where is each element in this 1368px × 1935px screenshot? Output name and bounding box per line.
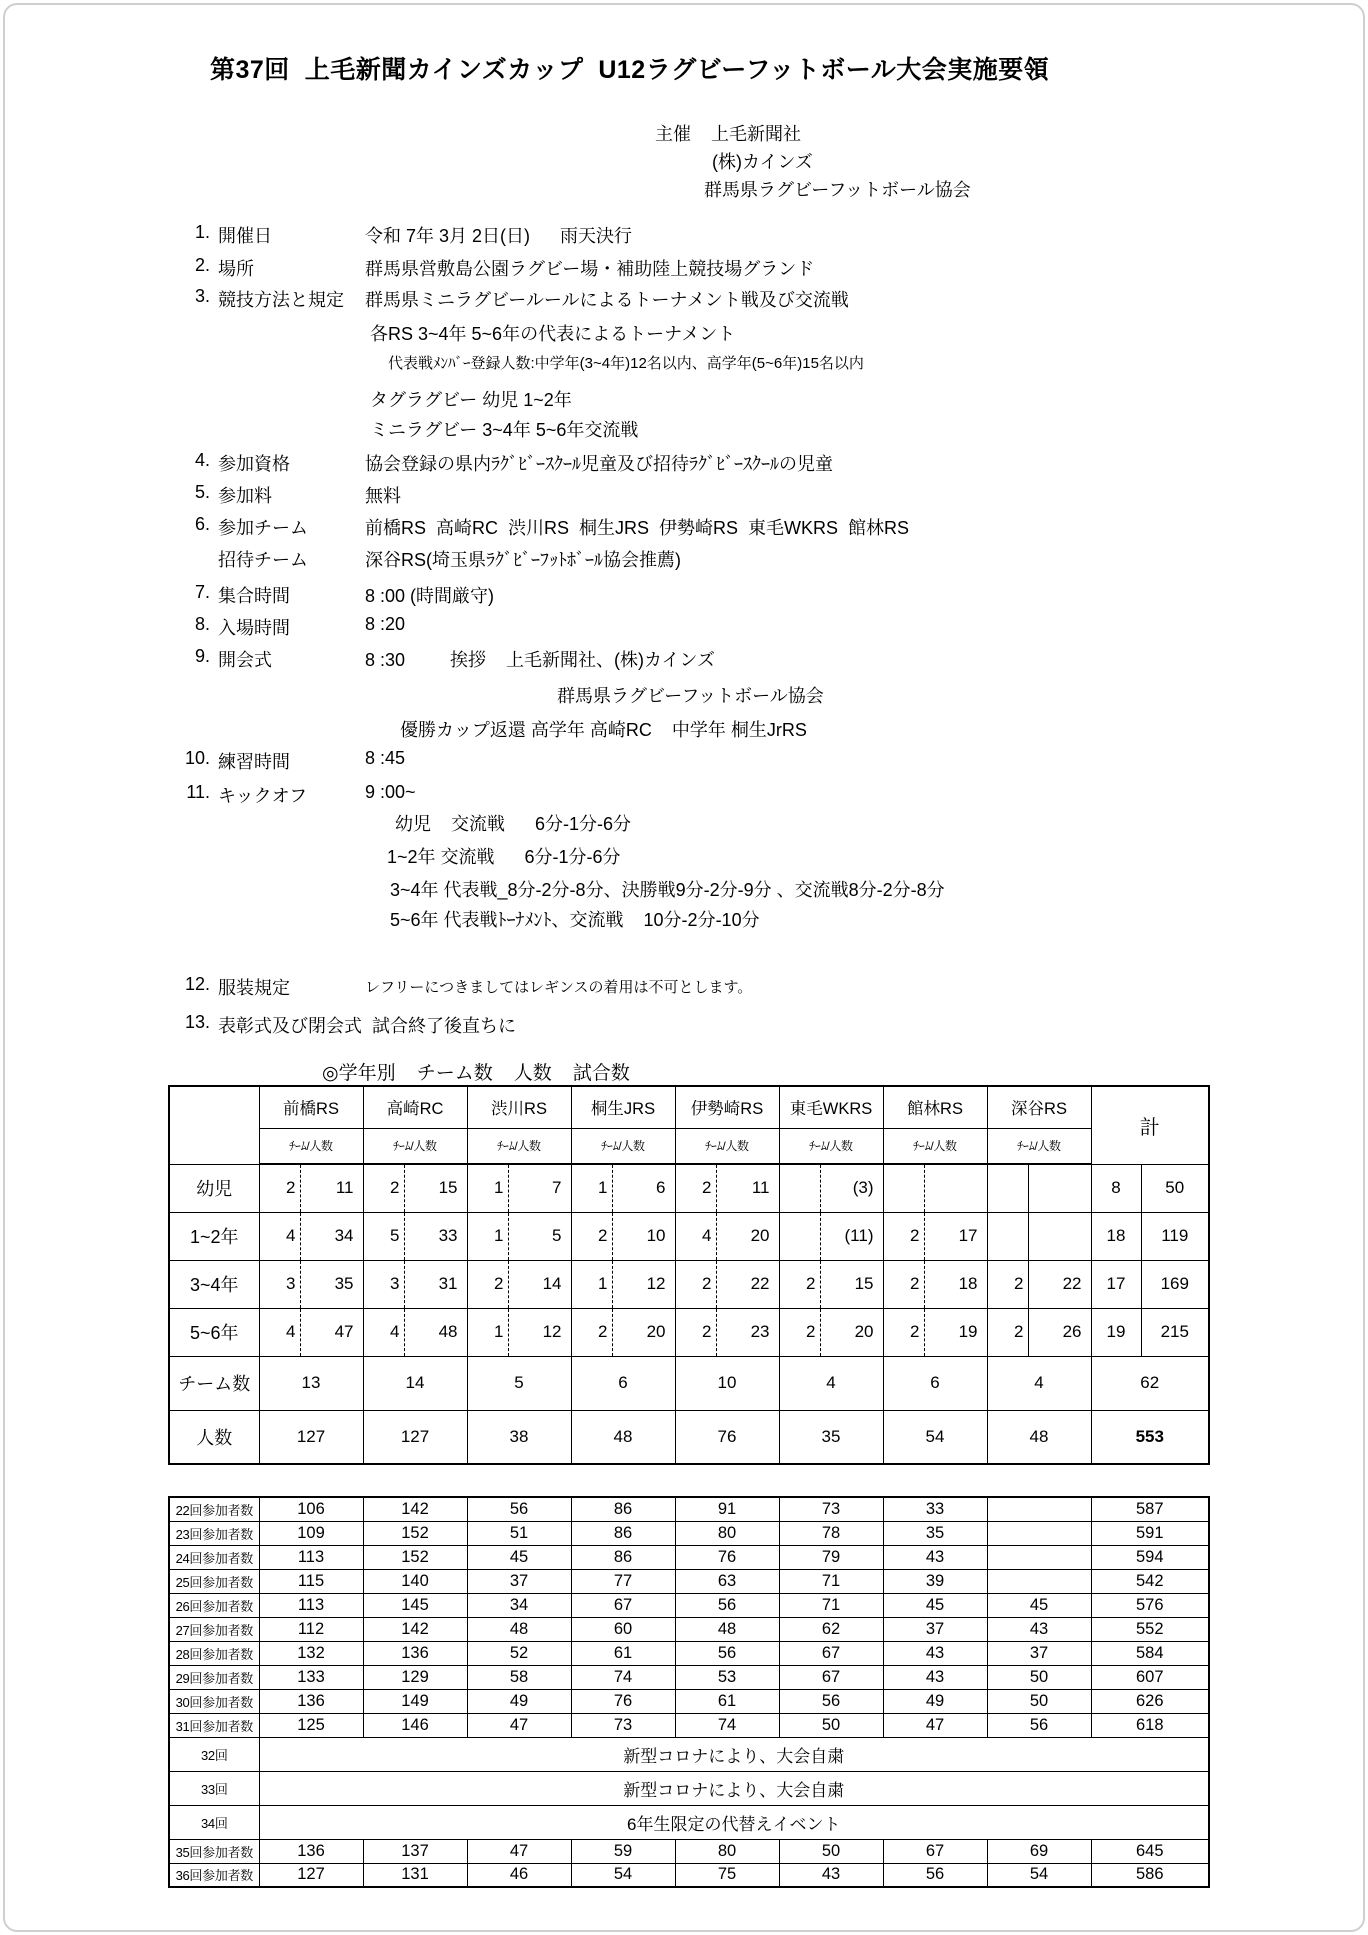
player-count-cell: 20 [820, 1308, 883, 1356]
item-label: 参加料 [218, 482, 272, 508]
count-cell: 80 [675, 1521, 779, 1545]
people-total-cell: 76 [675, 1410, 779, 1464]
count-cell: 69 [987, 1839, 1091, 1863]
row-label: 5~6年 [169, 1308, 259, 1356]
doc-line: 12.服装規定レフリーにつきましてはレギンスの着用は不可とします。 [0, 974, 1368, 998]
doc-line: 11.キックオフ9 :00~ [0, 782, 1368, 806]
team-count-cell: 2 [779, 1308, 820, 1356]
item-value: 無料 [365, 482, 401, 508]
row-total-teams: 8 [1091, 1164, 1141, 1212]
grade-table-caption: ◎学年別 チーム数 人数 試合数 [322, 1058, 630, 1085]
item-value: 8 :20 [365, 614, 405, 635]
team-count-cell: 2 [259, 1164, 300, 1212]
count-cell: 50 [987, 1689, 1091, 1713]
club-header: 前橋RS [259, 1086, 363, 1128]
total-header: 計 [1091, 1086, 1209, 1164]
count-cell: 63 [675, 1569, 779, 1593]
count-cell: 54 [571, 1863, 675, 1887]
team-total-cell: 4 [987, 1356, 1091, 1410]
count-cell: 56 [987, 1713, 1091, 1737]
count-cell: 79 [779, 1545, 883, 1569]
item-number: 4. [160, 450, 210, 471]
team-total-cell: 4 [779, 1356, 883, 1410]
item-number: 6. [160, 514, 210, 535]
player-count-cell: 10 [612, 1212, 675, 1260]
team-count-cell: 1 [571, 1164, 612, 1212]
count-cell: 129 [363, 1665, 467, 1689]
doc-line: 5~6年 代表戦ﾄｰﾅﾒﾝﾄ、交流戦 10分-2分-10分 [0, 906, 1368, 930]
count-cell [987, 1497, 1091, 1521]
team-count-cell: 3 [259, 1260, 300, 1308]
count-cell: 86 [571, 1521, 675, 1545]
player-count-cell: (11) [820, 1212, 883, 1260]
club-header: 伊勢崎RS [675, 1086, 779, 1128]
item-label: 競技方法と規定 [218, 286, 344, 312]
player-count-cell: 23 [716, 1308, 779, 1356]
count-cell: 115 [259, 1569, 363, 1593]
count-cell: 49 [883, 1689, 987, 1713]
doc-line: 3.競技方法と規定群馬県ミニラグビールールによるトーナメント戦及び交流戦 [0, 286, 1368, 310]
count-cell: 73 [779, 1497, 883, 1521]
count-cell: 49 [467, 1689, 571, 1713]
item-label: 開会式 [218, 646, 272, 672]
row-label: 24回参加者数 [169, 1545, 259, 1569]
player-count-cell: 47 [300, 1308, 363, 1356]
doc-line: 各RS 3~4年 5~6年の代表によるトーナメント [0, 320, 1368, 344]
organizer-line: 主催上毛新聞社 [655, 120, 801, 146]
count-cell: 37 [883, 1617, 987, 1641]
count-cell: 67 [779, 1641, 883, 1665]
item-value: 各RS 3~4年 5~6年の代表によるトーナメント [370, 320, 735, 346]
item-number: 5. [160, 482, 210, 503]
count-cell [987, 1521, 1091, 1545]
doc-line: 10.練習時間8 :45 [0, 748, 1368, 772]
team-count-cell [883, 1164, 924, 1212]
row-label: 30回参加者数 [169, 1689, 259, 1713]
count-cell: 109 [259, 1521, 363, 1545]
player-count-cell [1028, 1164, 1091, 1212]
team-count-cell [987, 1212, 1028, 1260]
subheader-cell: ﾁｰﾑ/人数 [987, 1128, 1091, 1164]
team-count-cell: 1 [571, 1260, 612, 1308]
team-count-cell: 2 [987, 1260, 1028, 1308]
total-cell: 587 [1091, 1497, 1209, 1521]
player-count-cell: 15 [820, 1260, 883, 1308]
team-count-cell: 2 [779, 1260, 820, 1308]
team-count-cell: 4 [259, 1308, 300, 1356]
row-label: 22回参加者数 [169, 1497, 259, 1521]
row-label: 28回参加者数 [169, 1641, 259, 1665]
subheader-cell: ﾁｰﾑ/人数 [675, 1128, 779, 1164]
count-cell: 51 [467, 1521, 571, 1545]
doc-line: 6.参加チーム前橋RS 高崎RC 渋川RS 桐生JRS 伊勢崎RS 東毛WKRS… [0, 514, 1368, 538]
team-count-cell: 3 [363, 1260, 404, 1308]
subheader-cell: ﾁｰﾑ/人数 [571, 1128, 675, 1164]
row-total-players: 215 [1141, 1308, 1209, 1356]
count-cell: 73 [571, 1713, 675, 1737]
player-count-cell: 18 [924, 1260, 987, 1308]
count-cell: 80 [675, 1839, 779, 1863]
total-cell: 542 [1091, 1569, 1209, 1593]
corner-cell [169, 1086, 259, 1164]
row-label: 36回参加者数 [169, 1863, 259, 1887]
player-count-cell: 22 [716, 1260, 779, 1308]
doc-line: 8.入場時間8 :20 [0, 614, 1368, 638]
row-label: 23回参加者数 [169, 1521, 259, 1545]
player-count-cell: 6 [612, 1164, 675, 1212]
item-value: 前橋RS 高崎RC 渋川RS 桐生JRS 伊勢崎RS 東毛WKRS 館林RS [365, 514, 909, 540]
item-value: 群馬県ミニラグビールールによるトーナメント戦及び交流戦 [365, 286, 849, 312]
row-label: 32回 [169, 1737, 259, 1771]
team-count-cell: 2 [571, 1308, 612, 1356]
doc-line: 招待チーム深谷RS(埼玉県ﾗｸﾞﾋﾞｰﾌｯﾄﾎﾞｰﾙ協会推薦) [0, 546, 1368, 570]
item-label: 入場時間 [218, 614, 290, 640]
player-count-cell: 19 [924, 1308, 987, 1356]
item-label: 招待チーム [218, 546, 308, 572]
player-count-cell [924, 1164, 987, 1212]
row-label: 34回 [169, 1805, 259, 1839]
player-count-cell: 5 [508, 1212, 571, 1260]
team-total-grand: 62 [1091, 1356, 1209, 1410]
total-cell: 552 [1091, 1617, 1209, 1641]
count-cell: 56 [675, 1593, 779, 1617]
organizer-line: 群馬県ラグビーフットボール協会 [704, 176, 971, 202]
count-cell: 50 [987, 1665, 1091, 1689]
merged-note-cell: 新型コロナにより、大会自粛 [259, 1771, 1209, 1805]
count-cell: 112 [259, 1617, 363, 1641]
count-cell: 39 [883, 1569, 987, 1593]
count-cell: 106 [259, 1497, 363, 1521]
item-number: 12. [160, 974, 210, 995]
count-cell: 48 [467, 1617, 571, 1641]
count-cell: 58 [467, 1665, 571, 1689]
player-count-cell [1028, 1212, 1091, 1260]
player-count-cell: 12 [508, 1308, 571, 1356]
team-total-cell: 5 [467, 1356, 571, 1410]
player-count-cell: 15 [404, 1164, 467, 1212]
player-count-cell: 14 [508, 1260, 571, 1308]
team-count-cell: 1 [467, 1164, 508, 1212]
count-cell: 61 [571, 1641, 675, 1665]
player-count-cell: 11 [716, 1164, 779, 1212]
team-count-cell [779, 1164, 820, 1212]
item-value: 3~4年 代表戦_8分-2分-8分、決勝戦9分-2分-9分 、交流戦8分-2分-… [390, 876, 945, 902]
count-cell: 56 [467, 1497, 571, 1521]
count-cell: 43 [883, 1641, 987, 1665]
player-count-cell: 17 [924, 1212, 987, 1260]
count-cell: 45 [883, 1593, 987, 1617]
club-header: 東毛WKRS [779, 1086, 883, 1128]
team-count-cell: 1 [467, 1212, 508, 1260]
item-value: タグラグビー 幼児 1~2年 [370, 386, 572, 412]
subheader-cell: ﾁｰﾑ/人数 [883, 1128, 987, 1164]
team-total-cell: 13 [259, 1356, 363, 1410]
item-number: 1. [160, 222, 210, 243]
doc-line: 2.場所群馬県営敷島公園ラグビー場・補助陸上競技場グランド [0, 255, 1368, 279]
item-value: 令和 7年 3月 2日(日) 雨天決行 [365, 222, 632, 248]
people-total-grand: 553 [1091, 1410, 1209, 1464]
count-cell: 77 [571, 1569, 675, 1593]
item-value: 8 :30 挨拶 上毛新聞社、(株)カインズ [365, 646, 715, 672]
doc-line: 代表戦ﾒﾝﾊﾞｰ登録人数:中学年(3~4年)12名以内、高学年(5~6年)15名… [0, 350, 1368, 374]
count-cell: 67 [571, 1593, 675, 1617]
row-label: チーム数 [169, 1356, 259, 1410]
count-cell: 56 [779, 1689, 883, 1713]
doc-line: ミニラグビー 3~4年 5~6年交流戦 [0, 416, 1368, 440]
count-cell: 76 [675, 1545, 779, 1569]
item-number: 11. [160, 782, 210, 803]
organizer-label: 主催 [655, 124, 691, 144]
team-count-cell: 4 [675, 1212, 716, 1260]
count-cell: 86 [571, 1545, 675, 1569]
row-label: 人数 [169, 1410, 259, 1464]
team-count-cell [987, 1164, 1028, 1212]
item-label: 服装規定 [218, 974, 290, 1000]
subheader-cell: ﾁｰﾑ/人数 [259, 1128, 363, 1164]
doc-line: 幼児 交流戦 6分-1分-6分 [0, 810, 1368, 834]
item-label: 場所 [218, 255, 254, 281]
people-total-cell: 48 [987, 1410, 1091, 1464]
count-cell: 78 [779, 1521, 883, 1545]
count-cell: 91 [675, 1497, 779, 1521]
row-total-players: 119 [1141, 1212, 1209, 1260]
count-cell: 67 [779, 1665, 883, 1689]
item-label: 開催日 [218, 222, 272, 248]
row-total-teams: 17 [1091, 1260, 1141, 1308]
people-total-cell: 38 [467, 1410, 571, 1464]
count-cell: 52 [467, 1641, 571, 1665]
player-count-cell: 35 [300, 1260, 363, 1308]
row-label: 27回参加者数 [169, 1617, 259, 1641]
count-cell: 56 [675, 1641, 779, 1665]
row-total-teams: 18 [1091, 1212, 1141, 1260]
team-count-cell: 2 [883, 1260, 924, 1308]
item-number: 13. [160, 1012, 210, 1033]
count-cell: 146 [363, 1713, 467, 1737]
player-count-cell: 22 [1028, 1260, 1091, 1308]
item-value: 優勝カップ返還 高学年 高崎RC 中学年 桐生JrRS [400, 716, 807, 742]
item-label: 練習時間 [218, 748, 290, 774]
count-cell: 35 [883, 1521, 987, 1545]
count-cell: 113 [259, 1593, 363, 1617]
count-cell: 152 [363, 1521, 467, 1545]
team-count-cell: 4 [363, 1308, 404, 1356]
count-cell: 43 [883, 1665, 987, 1689]
total-cell: 618 [1091, 1713, 1209, 1737]
row-label: 33回 [169, 1771, 259, 1805]
doc-line: 3~4年 代表戦_8分-2分-8分、決勝戦9分-2分-9分 、交流戦8分-2分-… [0, 876, 1368, 900]
people-total-cell: 48 [571, 1410, 675, 1464]
count-cell: 45 [987, 1593, 1091, 1617]
team-count-cell: 2 [363, 1164, 404, 1212]
item-value: 深谷RS(埼玉県ﾗｸﾞﾋﾞｰﾌｯﾄﾎﾞｰﾙ協会推薦) [365, 546, 681, 572]
merged-note-cell: 6年生限定の代替えイベント [259, 1805, 1209, 1839]
people-total-cell: 35 [779, 1410, 883, 1464]
count-cell: 37 [467, 1569, 571, 1593]
page-title: 第37回 上毛新聞カインズカップ U12ラグビーフットボール大会実施要領 [210, 50, 1049, 86]
count-cell: 61 [675, 1689, 779, 1713]
team-count-cell: 2 [675, 1164, 716, 1212]
count-cell: 131 [363, 1863, 467, 1887]
total-cell: 645 [1091, 1839, 1209, 1863]
team-total-cell: 14 [363, 1356, 467, 1410]
count-cell: 86 [571, 1497, 675, 1521]
team-count-cell: 2 [675, 1260, 716, 1308]
count-cell: 33 [883, 1497, 987, 1521]
count-cell: 48 [675, 1617, 779, 1641]
count-cell: 60 [571, 1617, 675, 1641]
item-value: 9 :00~ [365, 782, 416, 803]
count-cell: 37 [987, 1641, 1091, 1665]
item-value: レフリーにつきましてはレギンスの着用は不可とします。 [365, 976, 752, 997]
total-cell: 576 [1091, 1593, 1209, 1617]
doc-line: 群馬県ラグビーフットボール協会 [0, 682, 1368, 706]
club-header: 桐生JRS [571, 1086, 675, 1128]
item-label: 参加資格 [218, 450, 290, 476]
team-total-cell: 10 [675, 1356, 779, 1410]
item-number: 7. [160, 582, 210, 603]
count-cell: 76 [571, 1689, 675, 1713]
row-total-players: 50 [1141, 1164, 1209, 1212]
merged-note-cell: 新型コロナにより、大会自粛 [259, 1737, 1209, 1771]
item-number: 9. [160, 646, 210, 667]
count-cell: 43 [779, 1863, 883, 1887]
item-value: 試合終了後直ちに [372, 1012, 516, 1038]
club-header: 渋川RS [467, 1086, 571, 1128]
row-label: 26回参加者数 [169, 1593, 259, 1617]
team-total-cell: 6 [571, 1356, 675, 1410]
people-total-cell: 127 [363, 1410, 467, 1464]
people-total-cell: 127 [259, 1410, 363, 1464]
count-cell: 71 [779, 1569, 883, 1593]
row-total-teams: 19 [1091, 1308, 1141, 1356]
doc-line: 13.表彰式及び閉会式試合終了後直ちに [0, 1012, 1368, 1036]
player-count-cell: 34 [300, 1212, 363, 1260]
item-label: 表彰式及び閉会式 [218, 1012, 362, 1038]
row-label: 幼児 [169, 1164, 259, 1212]
count-cell: 47 [883, 1713, 987, 1737]
count-cell: 54 [987, 1863, 1091, 1887]
team-count-cell: 4 [259, 1212, 300, 1260]
item-label: 参加チーム [218, 514, 308, 540]
row-label: 29回参加者数 [169, 1665, 259, 1689]
count-cell: 136 [363, 1641, 467, 1665]
count-cell: 50 [779, 1839, 883, 1863]
club-header: 深谷RS [987, 1086, 1091, 1128]
grade-breakdown-table: 前橋RS高崎RC渋川RS桐生JRS伊勢崎RS東毛WKRS館林RS深谷RS計ﾁｰﾑ… [168, 1085, 1210, 1465]
item-number: 2. [160, 255, 210, 276]
count-cell: 47 [467, 1713, 571, 1737]
count-cell: 43 [987, 1617, 1091, 1641]
total-cell: 594 [1091, 1545, 1209, 1569]
row-label: 35回参加者数 [169, 1839, 259, 1863]
item-label: キックオフ [218, 782, 307, 808]
count-cell: 127 [259, 1863, 363, 1887]
count-cell: 136 [259, 1839, 363, 1863]
row-label: 1~2年 [169, 1212, 259, 1260]
team-count-cell: 2 [883, 1308, 924, 1356]
player-count-cell: 11 [300, 1164, 363, 1212]
team-count-cell [779, 1212, 820, 1260]
count-cell: 74 [675, 1713, 779, 1737]
count-cell: 113 [259, 1545, 363, 1569]
item-value: 代表戦ﾒﾝﾊﾞｰ登録人数:中学年(3~4年)12名以内、高学年(5~6年)15名… [388, 352, 864, 373]
doc-line: タグラグビー 幼児 1~2年 [0, 386, 1368, 410]
doc-line: 1.開催日令和 7年 3月 2日(日) 雨天決行 [0, 222, 1368, 246]
subheader-cell: ﾁｰﾑ/人数 [467, 1128, 571, 1164]
team-count-cell: 2 [987, 1308, 1028, 1356]
doc-line: 優勝カップ返還 高学年 高崎RC 中学年 桐生JrRS [0, 716, 1368, 740]
count-cell: 43 [883, 1545, 987, 1569]
count-cell: 45 [467, 1545, 571, 1569]
doc-line: 1~2年 交流戦 6分-1分-6分 [0, 843, 1368, 867]
count-cell: 67 [883, 1839, 987, 1863]
player-count-cell: 33 [404, 1212, 467, 1260]
row-total-players: 169 [1141, 1260, 1209, 1308]
row-label: 31回参加者数 [169, 1713, 259, 1737]
document-page: 第37回 上毛新聞カインズカップ U12ラグビーフットボール大会実施要領 主催上… [0, 0, 1368, 1935]
count-cell: 145 [363, 1593, 467, 1617]
count-cell: 75 [675, 1863, 779, 1887]
participation-history-table: 22回参加者数106142568691733358723回参加者数1091525… [168, 1496, 1210, 1888]
count-cell: 74 [571, 1665, 675, 1689]
count-cell: 142 [363, 1617, 467, 1641]
count-cell: 59 [571, 1839, 675, 1863]
count-cell: 140 [363, 1569, 467, 1593]
player-count-cell: 26 [1028, 1308, 1091, 1356]
team-count-cell: 2 [675, 1308, 716, 1356]
count-cell: 53 [675, 1665, 779, 1689]
player-count-cell: 20 [612, 1308, 675, 1356]
team-count-cell: 2 [571, 1212, 612, 1260]
count-cell: 152 [363, 1545, 467, 1569]
count-cell: 132 [259, 1641, 363, 1665]
total-cell: 626 [1091, 1689, 1209, 1713]
player-count-cell: 7 [508, 1164, 571, 1212]
team-count-cell: 5 [363, 1212, 404, 1260]
count-cell: 71 [779, 1593, 883, 1617]
total-cell: 586 [1091, 1863, 1209, 1887]
organizer-name: 上毛新聞社 [691, 124, 801, 144]
count-cell: 142 [363, 1497, 467, 1521]
row-label: 25回参加者数 [169, 1569, 259, 1593]
doc-line: 4.参加資格協会登録の県内ﾗｸﾞﾋﾞｰｽｸｰﾙ児童及び招待ﾗｸﾞﾋﾞｰｽｸｰﾙの… [0, 450, 1368, 474]
count-cell [987, 1569, 1091, 1593]
player-count-cell: 20 [716, 1212, 779, 1260]
item-value: 群馬県営敷島公園ラグビー場・補助陸上競技場グランド [365, 255, 814, 281]
count-cell: 47 [467, 1839, 571, 1863]
team-count-cell: 1 [467, 1308, 508, 1356]
item-value: ミニラグビー 3~4年 5~6年交流戦 [370, 416, 638, 442]
item-value: 協会登録の県内ﾗｸﾞﾋﾞｰｽｸｰﾙ児童及び招待ﾗｸﾞﾋﾞｰｽｸｰﾙの児童 [365, 450, 833, 476]
item-value: 群馬県ラグビーフットボール協会 [557, 682, 824, 708]
total-cell: 607 [1091, 1665, 1209, 1689]
item-value: 1~2年 交流戦 6分-1分-6分 [387, 843, 621, 869]
item-label: 集合時間 [218, 582, 290, 608]
doc-line: 5.参加料無料 [0, 482, 1368, 506]
player-count-cell: 31 [404, 1260, 467, 1308]
player-count-cell: 48 [404, 1308, 467, 1356]
item-value: 8 :45 [365, 748, 405, 769]
doc-line: 9.開会式8 :30 挨拶 上毛新聞社、(株)カインズ [0, 646, 1368, 670]
subheader-cell: ﾁｰﾑ/人数 [779, 1128, 883, 1164]
team-total-cell: 6 [883, 1356, 987, 1410]
item-number: 8. [160, 614, 210, 635]
count-cell: 133 [259, 1665, 363, 1689]
item-number: 3. [160, 286, 210, 307]
count-cell: 50 [779, 1713, 883, 1737]
club-header: 高崎RC [363, 1086, 467, 1128]
